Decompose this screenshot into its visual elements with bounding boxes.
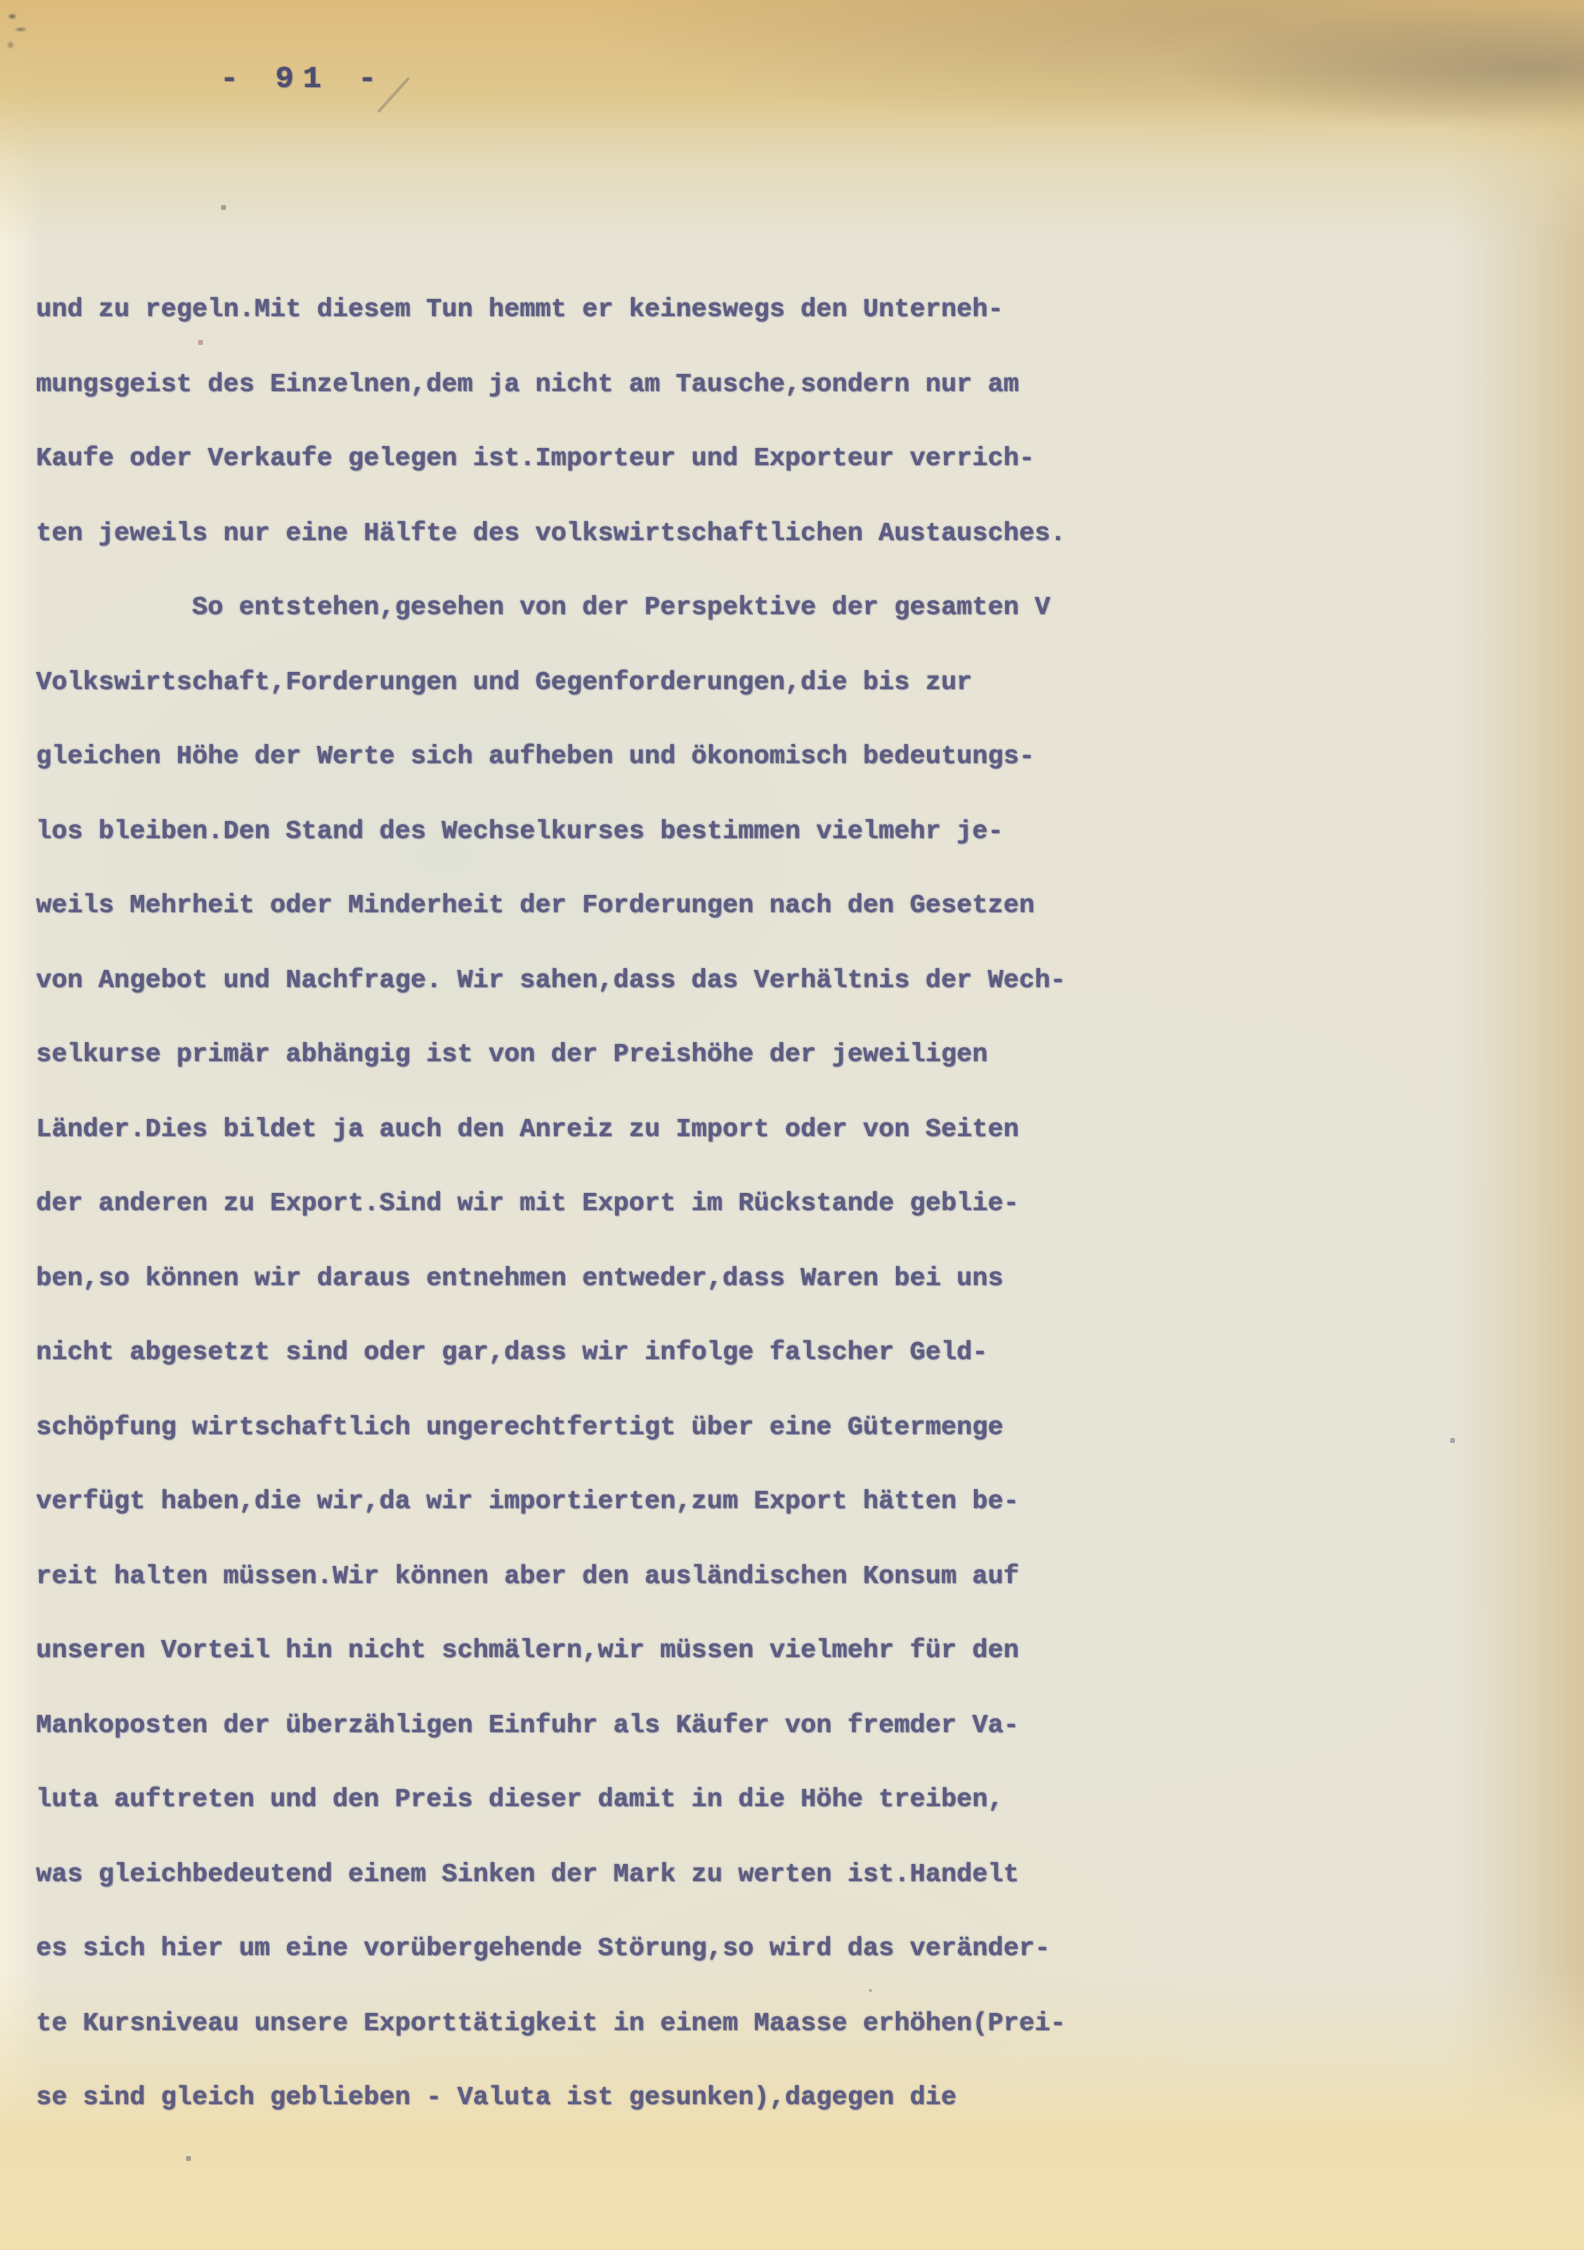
text-line: der anderen zu Export.Sind wir mit Expor…: [36, 1166, 1136, 1241]
text-line: ten jeweils nur eine Hälfte des volkswir…: [36, 496, 1136, 571]
text-line: Volkswirtschaft,Forderungen und Gegenfor…: [36, 645, 1136, 720]
text-line: Länder.Dies bildet ja auch den Anreiz zu…: [36, 1092, 1136, 1167]
text-line: se sind gleich geblieben - Valuta ist ge…: [36, 2060, 1136, 2135]
text-line: weils Mehrheit oder Minderheit der Forde…: [36, 868, 1136, 943]
text-line: gleichen Höhe der Werte sich aufheben un…: [36, 719, 1136, 794]
text-line: los bleiben.Den Stand des Wechselkurses …: [36, 794, 1136, 869]
text-line: verfügt haben,die wir,da wir importierte…: [36, 1464, 1136, 1539]
text-line: selkurse primär abhängig ist von der Pre…: [36, 1017, 1136, 1092]
text-line: luta auftreten und den Preis dieser dami…: [36, 1762, 1136, 1837]
text-line: te Kursniveau unsere Exporttätigkeit in …: [36, 1986, 1136, 2061]
corner-ink-smudge: [2, 6, 36, 58]
text-line: So entstehen,gesehen von der Perspektive…: [36, 570, 1136, 645]
text-line: von Angebot und Nachfrage. Wir sahen,das…: [36, 943, 1136, 1018]
text-line: unseren Vorteil hin nicht schmälern,wir …: [36, 1613, 1136, 1688]
body-text: und zu regeln.Mit diesem Tun hemmt er ke…: [36, 272, 1136, 2135]
text-line: reit halten müssen.Wir können aber den a…: [36, 1539, 1136, 1614]
paper-specks: [0, 0, 1, 1]
text-line: Kaufe oder Verkaufe gelegen ist.Importeu…: [36, 421, 1136, 496]
text-line: was gleichbedeutend einem Sinken der Mar…: [36, 1837, 1136, 1912]
text-line: schöpfung wirtschaftlich ungerechtfertig…: [36, 1390, 1136, 1465]
text-line: nicht abgesetzt sind oder gar,dass wir i…: [36, 1315, 1136, 1390]
text-line: mungsgeist des Einzelnen,dem ja nicht am…: [36, 347, 1136, 422]
text-line: Mankoposten der überzähligen Einfuhr als…: [36, 1688, 1136, 1763]
text-line: ben,so können wir daraus entnehmen entwe…: [36, 1241, 1136, 1316]
text-line: und zu regeln.Mit diesem Tun hemmt er ke…: [36, 272, 1136, 347]
text-line: es sich hier um eine vorübergehende Stör…: [36, 1911, 1136, 1986]
page-number: - 91 -: [220, 62, 386, 97]
scanned-document-page: - 91 - und zu regeln.Mit diesem Tun hemm…: [0, 0, 1584, 2250]
